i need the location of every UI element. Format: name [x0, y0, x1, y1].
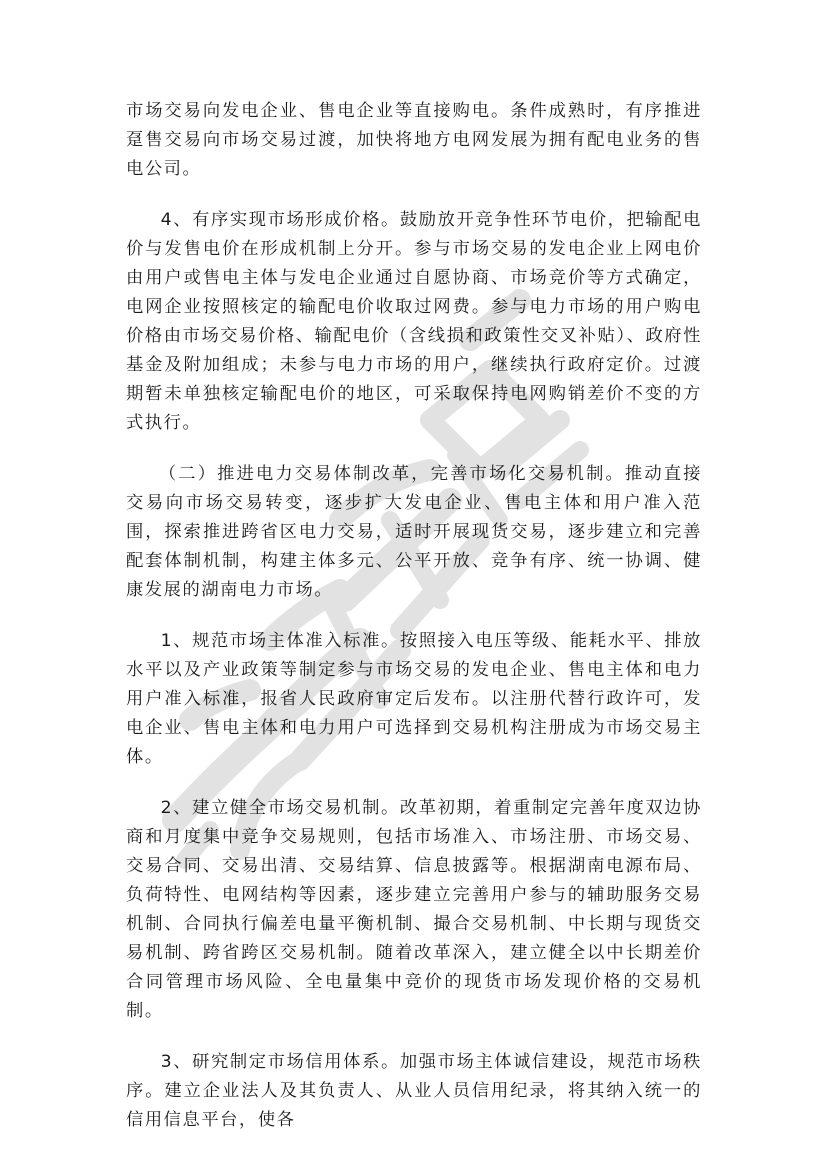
paragraph-item-1-access-standards: 1、规范市场主体准入标准。按照接入电压等级、能耗水平、排放水平以及产业政策等制定… — [126, 627, 702, 772]
paragraph-item-4-market-pricing: 4、有序实现市场形成价格。鼓励放开竞争性环节电价，把输配电价与发售电价在形成机制… — [126, 206, 702, 438]
paragraph-item-2-trading-mechanism: 2、建立健全市场交易机制。改革初期，着重制定完善年度双边协商和月度集中竞争交易规… — [126, 794, 702, 1026]
document-page: 市场交易向发电企业、售电企业等直接购电。条件成熟时，有序推进趸售交易向市场交易过… — [0, 0, 826, 1169]
paragraph-continuation: 市场交易向发电企业、售电企业等直接购电。条件成熟时，有序推进趸售交易向市场交易过… — [126, 97, 702, 184]
paragraph-item-3-credit-system: 3、研究制定市场信用体系。加强市场主体诚信建设，规范市场秩序。建立企业法人及其负… — [126, 1048, 702, 1135]
paragraph-section-2-trading-reform: （二）推进电力交易体制改革，完善市场化交易机制。推动直接交易向市场交易转变，逐步… — [126, 460, 702, 605]
document-body: 市场交易向发电企业、售电企业等直接购电。条件成熟时，有序推进趸售交易向市场交易过… — [126, 97, 702, 1157]
